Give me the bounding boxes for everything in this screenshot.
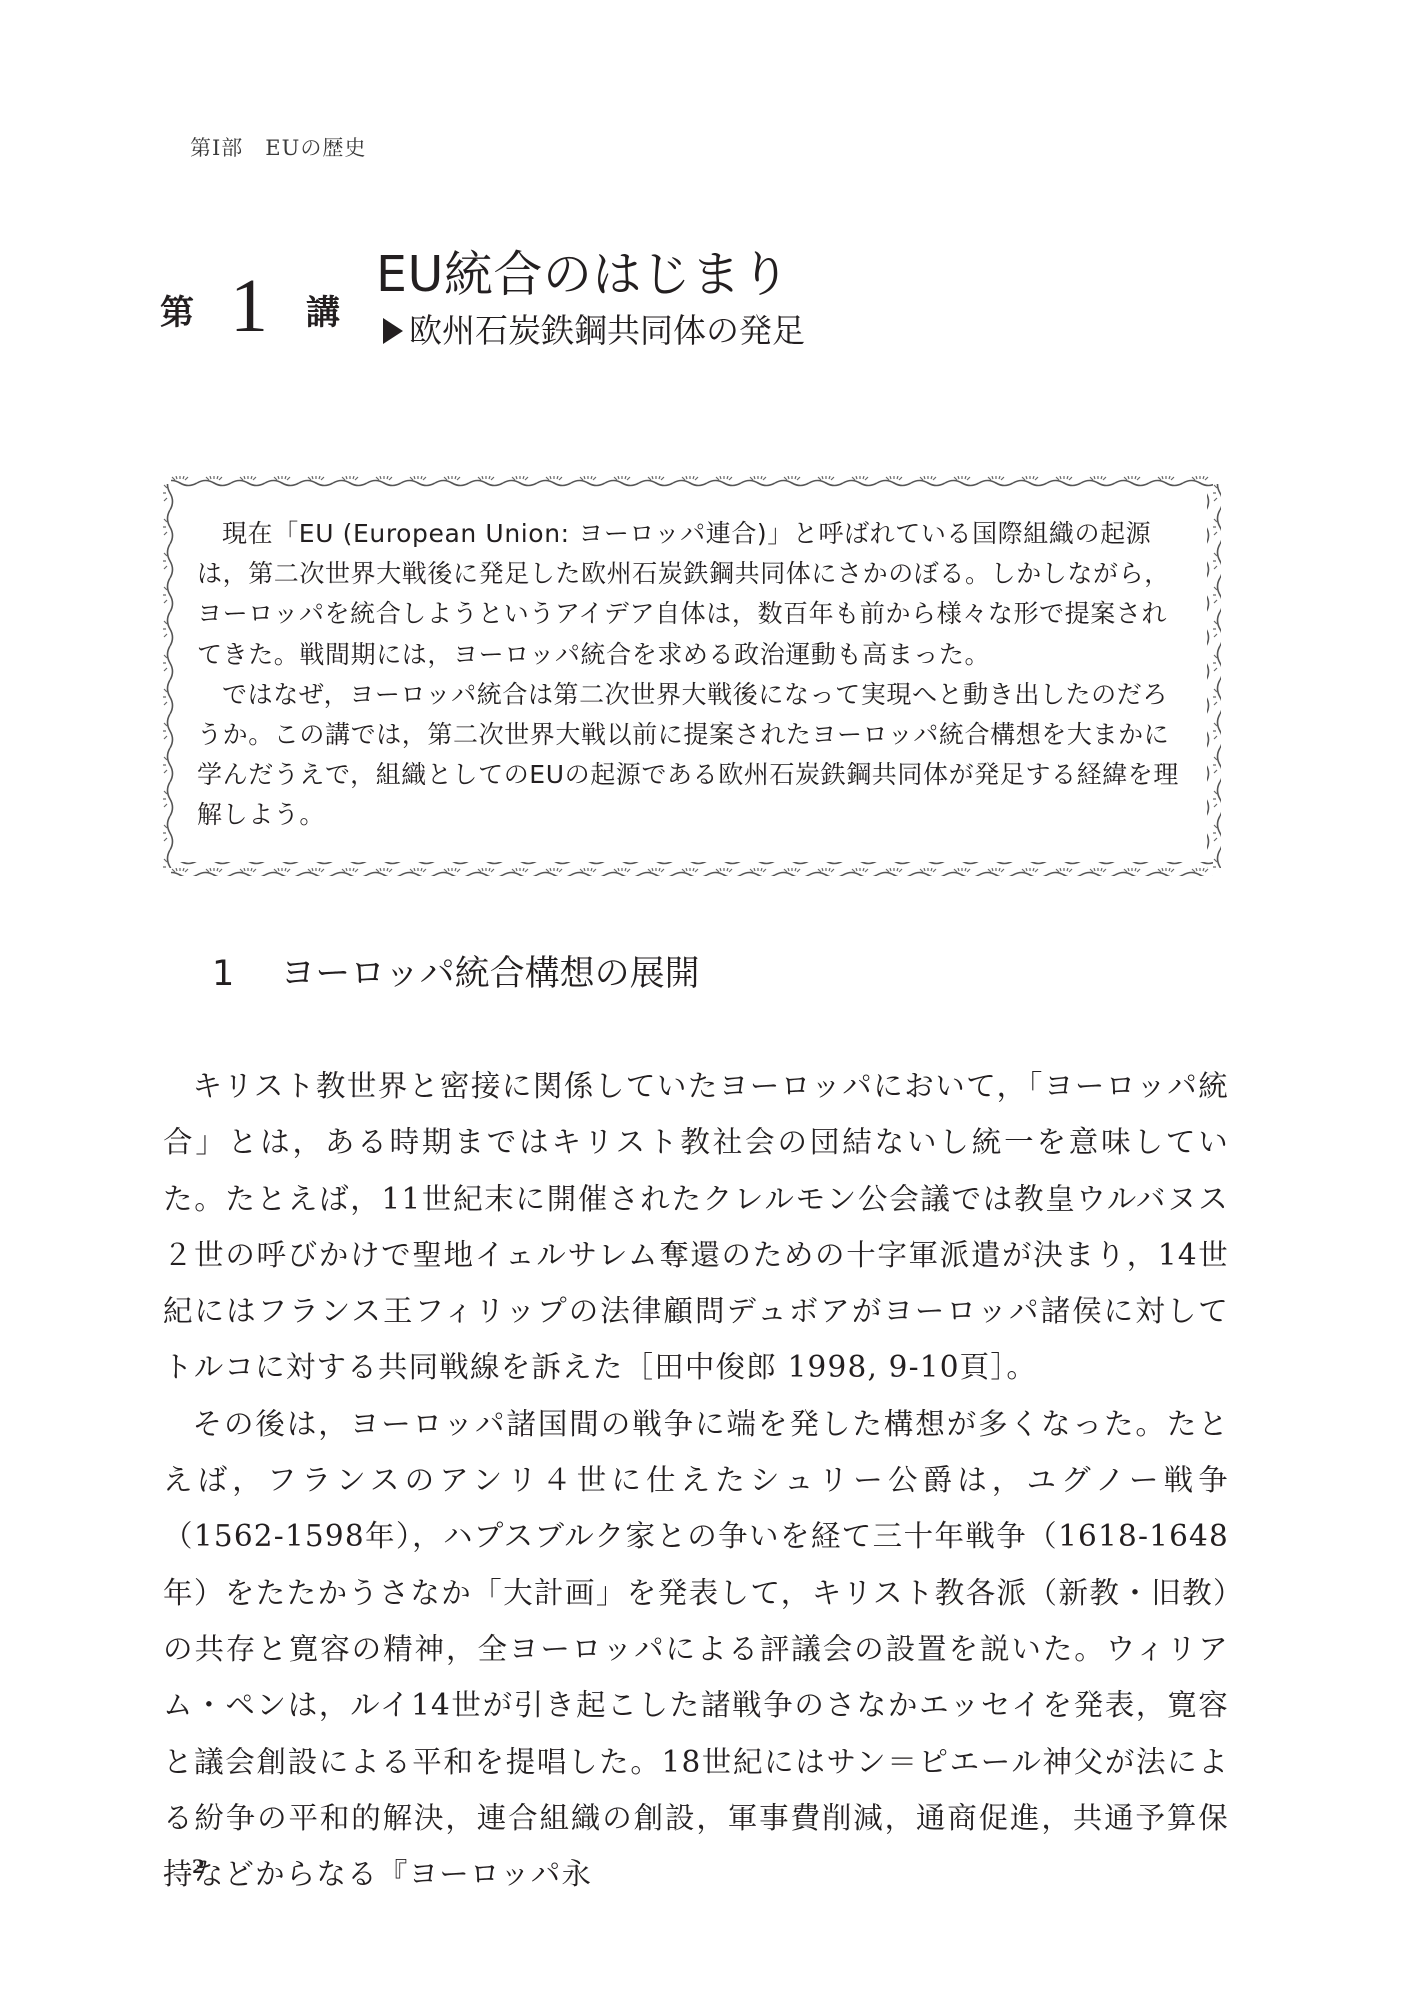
intro-paragraph: 現在「EU (European Union: ヨーロッパ連合)」と呼ばれている国… (197, 514, 1192, 675)
intro-paragraph: ではなぜ，ヨーロッパ統合は第二次世界大戦後になって実現へと動き出したのだろうか。… (197, 675, 1192, 836)
chapter-title: EU統合のはじまり (376, 245, 790, 305)
chapter-subtitle-text: 欧州石炭鉄鋼共同体の発足 (409, 310, 805, 352)
triangle-right-icon (383, 318, 403, 344)
chapter-subtitle: 欧州石炭鉄鋼共同体の発足 (383, 310, 805, 352)
intro-text: 現在「EU (European Union: ヨーロッパ連合)」と呼ばれている国… (197, 514, 1192, 836)
section-number: 1 (212, 952, 234, 996)
body-paragraph: その後は，ヨーロッパ諸国間の戦争に端を発した構想が多くなった。たとえば，フランス… (163, 1396, 1229, 1903)
chapter-number: 1 (230, 268, 268, 344)
body-text: キリスト教世界と密接に関係していたヨーロッパにおいて，「ヨーロッパ統合」とは，あ… (163, 1058, 1229, 1902)
body-paragraph: キリスト教世界と密接に関係していたヨーロッパにおいて，「ヨーロッパ統合」とは，あ… (163, 1058, 1229, 1396)
chapter-label: 第 1 講 (160, 268, 340, 344)
section-heading: 1 ヨーロッパ統合構想の展開 (212, 952, 700, 996)
section-title: ヨーロッパ統合構想の展開 (280, 952, 699, 996)
running-head: 第Ⅰ部 EUの歴史 (190, 132, 366, 162)
chapter-prefix: 第 (160, 285, 194, 334)
page-number: 2 (192, 1856, 205, 1878)
chapter-suffix: 講 (306, 285, 340, 334)
intro-box: 現在「EU (European Union: ヨーロッパ連合)」と呼ばれている国… (163, 476, 1221, 876)
